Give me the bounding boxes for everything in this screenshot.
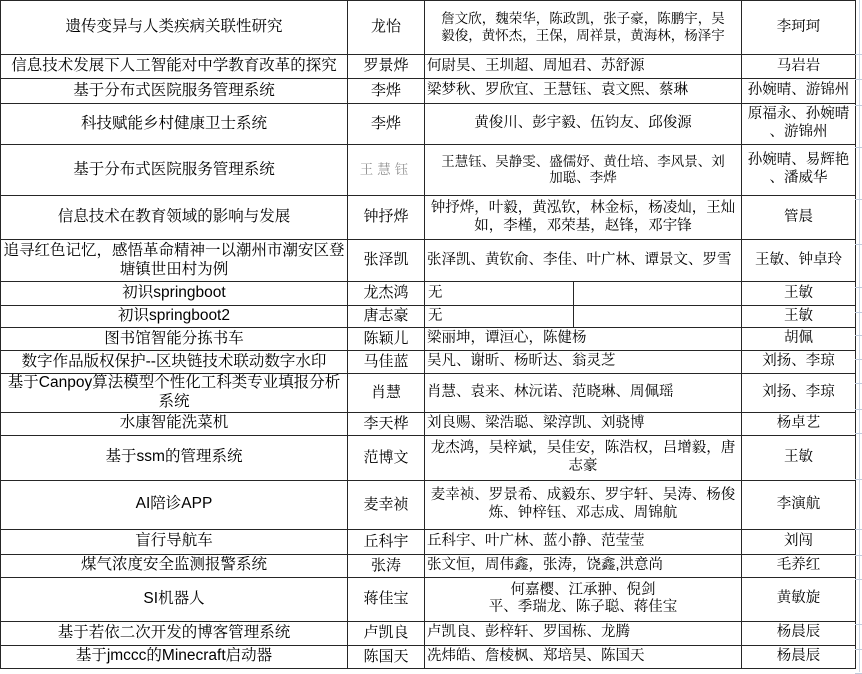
table-row: 科技赋能乡村健康卫士系统李烨黄俊川、彭宇毅、伍钧友、邱俊源原福永、孙婉晴 、游锦… [1,104,856,145]
advisor-cell[interactable]: 刘扬、李琼 [742,374,856,413]
table-row: 基于Canpoy算法模型个性化工科类专业填报分析系统肖慧肖慧、袁来、林沅诺、范晓… [1,374,856,413]
members-split-wrap: 无 [425,282,741,305]
project-title-cell[interactable]: 基于若依二次开发的博客管理系统 [1,621,348,645]
leader-cell[interactable]: 钟抒烨 [348,196,425,240]
advisor-cell[interactable]: 杨晨辰 [742,621,856,645]
table-row: 基于jmccc的Minecraft启动器陈国天冼炜皓、詹棱枫、郑培昊、陈国天杨晨… [1,645,856,668]
gridline-tick [855,335,862,336]
members-subcell[interactable]: 无 [425,306,574,327]
members-split-wrap: 无 [425,306,741,327]
table-row: 信息技术在教育领域的影响与发展钟抒烨钟抒烨，叶毅，黄泓钦，林金标，杨凌灿，王灿 … [1,196,856,240]
gridline-tick [855,579,862,580]
members-cell[interactable]: 冼炜皓、詹棱枫、郑培昊、陈国天 [425,645,742,668]
table-row: 水康智能洗菜机李天桦刘良赐、梁浩聪、梁淳凯、刘骁博杨卓艺 [1,412,856,435]
members-cell[interactable]: 丘科宇、叶广林、蓝小静、范莹莹 [425,529,742,554]
members-cell[interactable]: 何尉昊、王圳超、周旭君、苏舒源 [425,55,742,79]
table-row: 煤气浓度安全监测报警系统张涛张文恒，周伟鑫，张涛，饶鑫,洪意尚毛养红 [1,554,856,577]
gridline-tick [855,529,862,530]
project-title-cell[interactable]: 基于分布式医院服务管理系统 [1,79,348,104]
projects-table: 遗传变异与人类疾病关联性研究龙怡詹文欣，魏荣华，陈政凯，张子豪，陈鹏宇，吴 毅俊… [0,0,856,669]
project-title-cell[interactable]: 追寻红色记忆，感悟革命精神一以潮州市潮安区登 塘镇世田村为例 [1,240,348,282]
project-title-cell[interactable]: 信息技术在教育领域的影响与发展 [1,196,348,240]
members-cell[interactable]: 梁梦秋、罗欣宜、王慧钰、袁文熙、蔡琳 [425,79,742,104]
advisor-cell[interactable]: 毛养红 [742,554,856,577]
gridline-tick [855,287,862,288]
members-cell[interactable]: 龙杰鸿，吴梓斌，吴佳安，陈浩权，吕增毅，唐 志豪 [425,435,742,480]
gridline-tick [855,649,862,650]
members-cell[interactable]: 无 [425,306,742,328]
advisor-cell[interactable]: 王敏、钟卓玲 [742,240,856,282]
table-row: 初识springboot2唐志豪无王敏 [1,306,856,328]
members-cell[interactable]: 卢凯良、彭梓轩、罗国栋、龙腾 [425,621,742,645]
gridline-tick [855,147,862,148]
advisor-cell[interactable]: 胡佩 [742,328,856,351]
leader-cell[interactable]: 王慧钰 [348,145,425,196]
project-title-cell[interactable]: 图书馆智能分拣书车 [1,328,348,351]
leader-cell[interactable]: 陈国天 [348,645,425,668]
gridline-tick [855,105,862,106]
leader-cell[interactable]: 肖慧 [348,374,425,413]
spreadsheet-view: 遗传变异与人类疾病关联性研究龙怡詹文欣，魏荣华，陈政凯，张子豪，陈鹏宇，吴 毅俊… [0,0,862,674]
leader-cell[interactable]: 龙杰鸿 [348,282,425,306]
members-cell[interactable]: 张文恒，周伟鑫，张涛，饶鑫,洪意尚 [425,554,742,577]
leader-cell[interactable]: 马佳蓝 [348,351,425,374]
table-row: AI陪诊APP麦幸祯麦幸祯、罗景希、成毅东、罗宇轩、吴涛、杨俊 炼、钟梓钰、邓志… [1,480,856,529]
project-title-cell[interactable]: 盲行导航车 [1,529,348,554]
advisor-cell[interactable]: 李演航 [742,480,856,529]
leader-cell[interactable]: 李烨 [348,79,425,104]
leader-cell[interactable]: 麦幸祯 [348,480,425,529]
gridline-tick [855,359,862,360]
project-title-cell[interactable]: AI陪诊APP [1,480,348,529]
members-cell[interactable]: 梁丽坤，谭洹心，陈健杨 [425,328,742,351]
leader-cell[interactable]: 李烨 [348,104,425,145]
table-row: 初识springboot龙杰鸿无王敏 [1,282,856,306]
members-cell[interactable]: 何嘉樱、江承翀、倪剑 平、季瑞龙、陈子聪、蒋佳宝 [425,577,742,621]
gridline-tick [855,624,862,625]
members-cell[interactable]: 詹文欣，魏荣华，陈政凯，张子豪，陈鹏宇，吴 毅俊，黄怀杰，王保，周祥景，黄海林，… [425,1,742,55]
members-cell[interactable]: 肖慧、袁来、林沅诺、范晓琳、周佩瑶 [425,374,742,413]
project-title-cell[interactable]: 基于jmccc的Minecraft启动器 [1,645,348,668]
projects-table-body: 遗传变异与人类疾病关联性研究龙怡詹文欣，魏荣华，陈政凯，张子豪，陈鹏宇，吴 毅俊… [1,1,856,669]
advisor-cell[interactable]: 刘闯 [742,529,856,554]
project-title-cell[interactable]: 初识springboot [1,282,348,306]
table-row: 基于分布式医院服务管理系统李烨梁梦秋、罗欣宜、王慧钰、袁文熙、蔡琳孙婉晴、游锦州 [1,79,856,104]
leader-cell[interactable]: 范博文 [348,435,425,480]
gridline-tick [855,433,862,434]
members-cell[interactable]: 黄俊川、彭宇毅、伍钧友、邱俊源 [425,104,742,145]
gridline-tick [855,479,862,480]
advisor-cell[interactable]: 刘扬、李琼 [742,351,856,374]
members-cell[interactable]: 吴凡、谢昕、杨昕达、翁灵芝 [425,351,742,374]
leader-cell[interactable]: 唐志豪 [348,306,425,328]
leader-cell[interactable]: 卢凯良 [348,621,425,645]
gridline-tick [855,383,862,384]
project-title-cell[interactable]: 遗传变异与人类疾病关联性研究 [1,1,348,55]
table-row: SI机器人蒋佳宝何嘉樱、江承翀、倪剑 平、季瑞龙、陈子聪、蒋佳宝黄敏旋 [1,577,856,621]
project-title-cell[interactable]: 煤气浓度安全监测报警系统 [1,554,348,577]
leader-cell[interactable]: 丘科宇 [348,529,425,554]
project-title-cell[interactable]: 初识springboot2 [1,306,348,328]
table-row: 图书馆智能分拣书车陈颖儿梁丽坤，谭洹心，陈健杨胡佩 [1,328,856,351]
project-title-cell[interactable]: 水康智能洗菜机 [1,412,348,435]
members-cell[interactable]: 无 [425,282,742,306]
leader-cell[interactable]: 龙怡 [348,1,425,55]
project-title-cell[interactable]: 基于分布式医院服务管理系统 [1,145,348,196]
gridline-tick [855,555,862,556]
gridline-tick [855,54,862,55]
gridline-tick [855,244,862,245]
advisor-cell[interactable]: 王敏 [742,306,856,328]
leader-cell[interactable]: 张泽凯 [348,240,425,282]
leader-cell[interactable]: 张涛 [348,554,425,577]
members-cell[interactable]: 王慧钰、吴静雯、盛儒妤、黄仕培、李风景、刘 加聪、李烨 [425,145,742,196]
table-row: 追寻红色记忆，感悟革命精神一以潮州市潮安区登 塘镇世田村为例张泽凯张泽凯、黄钦俞… [1,240,856,282]
advisor-cell[interactable]: 原福永、孙婉晴 、游锦州 [742,104,856,145]
table-row: 基于分布式医院服务管理系统王慧钰王慧钰、吴静雯、盛儒妤、黄仕培、李风景、刘 加聪… [1,145,856,196]
advisor-cell[interactable]: 黄敏旋 [742,577,856,621]
advisor-cell[interactable]: 杨卓艺 [742,412,856,435]
advisor-cell[interactable]: 孙婉晴、易辉艳 、潘威华 [742,145,856,196]
table-row: 盲行导航车丘科宇丘科宇、叶广林、蓝小静、范莹莹刘闯 [1,529,856,554]
members-cell[interactable]: 刘良赐、梁浩聪、梁淳凯、刘骁博 [425,412,742,435]
members-subcell-empty[interactable] [574,282,741,305]
advisor-cell[interactable]: 李珂珂 [742,1,856,55]
table-row: 数字作品版权保护--区块链技术联动数字水印马佳蓝吴凡、谢昕、杨昕达、翁灵芝刘扬、… [1,351,856,374]
sheet-gridline-gutter [855,0,862,674]
project-title-cell[interactable]: 信息技术发展下人工智能对中学教育改革的探究 [1,55,348,79]
leader-cell[interactable]: 蒋佳宝 [348,577,425,621]
members-subcell-empty[interactable] [574,306,741,327]
members-subcell[interactable]: 无 [425,282,574,305]
members-cell[interactable]: 麦幸祯、罗景希、成毅东、罗宇轩、吴涛、杨俊 炼、钟梓钰、邓志成、周锦航 [425,480,742,529]
members-cell[interactable]: 钟抒烨，叶毅，黄泓钦，林金标，杨凌灿，王灿 如，李槿，邓荣基，赵锋，邓宇锋 [425,196,742,240]
gridline-tick [855,199,862,200]
project-title-cell[interactable]: SI机器人 [1,577,348,621]
gridline-tick [855,409,862,410]
leader-cell[interactable]: 罗景烨 [348,55,425,79]
table-row: 信息技术发展下人工智能对中学教育改革的探究罗景烨何尉昊、王圳超、周旭君、苏舒源马… [1,55,856,79]
table-row: 基于ssm的管理系统范博文龙杰鸿，吴梓斌，吴佳安，陈浩权，吕增毅，唐 志豪王敏 [1,435,856,480]
advisor-cell[interactable]: 王敏 [742,282,856,306]
gridline-tick [855,312,862,313]
advisor-cell[interactable]: 孙婉晴、游锦州 [742,79,856,104]
project-title-cell[interactable]: 基于ssm的管理系统 [1,435,348,480]
advisor-cell[interactable]: 王敏 [742,435,856,480]
gridline-tick [855,79,862,80]
members-cell[interactable]: 张泽凯、黄钦俞、李佳、叶广林、谭景文、罗雪 [425,240,742,282]
table-row: 遗传变异与人类疾病关联性研究龙怡詹文欣，魏荣华，陈政凯，张子豪，陈鹏宇，吴 毅俊… [1,1,856,55]
leader-cell[interactable]: 李天桦 [348,412,425,435]
advisor-cell[interactable]: 杨晨辰 [742,645,856,668]
leader-cell[interactable]: 陈颖儿 [348,328,425,351]
advisor-cell[interactable]: 马岩岩 [742,55,856,79]
project-title-cell[interactable]: 数字作品版权保护--区块链技术联动数字水印 [1,351,348,374]
gridline-vertical [859,0,860,672]
advisor-cell[interactable]: 管晨 [742,196,856,240]
project-title-cell[interactable]: 科技赋能乡村健康卫士系统 [1,104,348,145]
project-title-cell[interactable]: 基于Canpoy算法模型个性化工科类专业填报分析系统 [1,374,348,413]
table-row: 基于若依二次开发的博客管理系统卢凯良卢凯良、彭梓轩、罗国栋、龙腾杨晨辰 [1,621,856,645]
